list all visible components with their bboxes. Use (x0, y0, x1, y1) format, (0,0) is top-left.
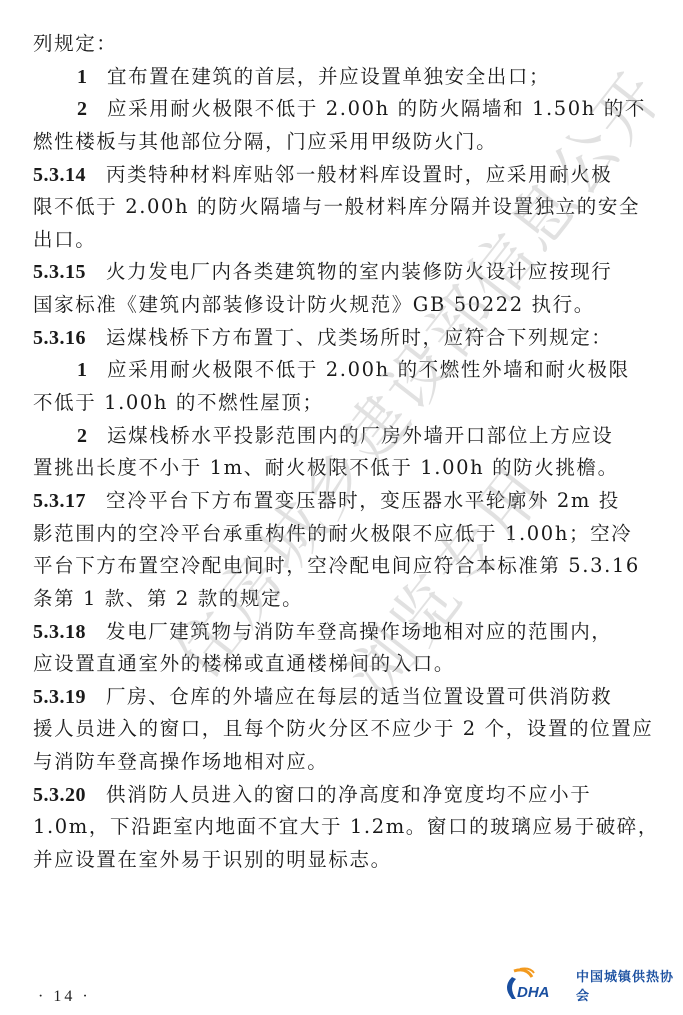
list-item: 2运煤栈桥水平投影范围内的厂房外墙开口部位上方应设 (33, 420, 653, 453)
line-text: 并应设置在室外易于识别的明显标志。 (33, 848, 392, 871)
clause-line: 5.3.15火力发电厂内各类建筑物的室内装修防火设计应按现行 (33, 256, 653, 289)
list-item: 1宜布置在建筑的首层，并应设置单独安全出口； (33, 61, 653, 94)
text-line: 应设置直通室外的楼梯或直通楼梯间的入口。 (33, 648, 653, 681)
clause-number: 5.3.14 (33, 164, 86, 186)
text-line: 限不低于 2.00h 的防火隔墙与一般材料库分隔并设置独立的安全 (33, 191, 653, 224)
document-body: 列规定： 1宜布置在建筑的首层，并应设置单独安全出口； 2应采用耐火极限不低于 … (33, 28, 653, 877)
cdha-logo-icon: DHA (500, 967, 570, 1003)
text-line: 条第 1 款、第 2 款的规定。 (33, 583, 653, 616)
line-text: 供消防人员进入的窗口的净高度和净宽度均不应小于 (106, 783, 591, 806)
text-line: 燃性楼板与其他部位分隔，门应采用甲级防火门。 (33, 126, 653, 159)
list-item: 1应采用耐火极限不低于 2.00h 的不燃性外墙和耐火极限 (33, 354, 653, 387)
line-text: 列规定： (33, 32, 117, 55)
item-number: 1 (77, 359, 87, 381)
line-text: 限不低于 2.00h 的防火隔墙与一般材料库分隔并设置独立的安全 (33, 195, 640, 218)
line-text: 国家标准《建筑内部装修设计防火规范》GB 50222 执行。 (33, 293, 595, 316)
line-text: 平台下方布置空冷配电间时，空冷配电间应符合本标准第 5.3.16 (33, 554, 640, 577)
item-number: 2 (77, 425, 87, 447)
item-number: 1 (77, 66, 87, 88)
text-line: 影范围内的空冷平台承重构件的耐火极限不应低于 1.00h；空冷 (33, 518, 653, 551)
line-text: 运煤栈桥水平投影范围内的厂房外墙开口部位上方应设 (107, 424, 613, 447)
text-line: 国家标准《建筑内部装修设计防火规范》GB 50222 执行。 (33, 289, 653, 322)
line-text: 应采用耐火极限不低于 2.00h 的防火隔墙和 1.50h 的不 (107, 97, 646, 120)
clause-line: 5.3.20供消防人员进入的窗口的净高度和净宽度均不应小于 (33, 779, 653, 812)
line-text: 影范围内的空冷平台承重构件的耐火极限不应低于 1.00h；空冷 (33, 522, 632, 545)
clause-line: 5.3.17空冷平台下方布置变压器时，变压器水平轮廓外 2m 投 (33, 485, 653, 518)
line-text: 应设置直通室外的楼梯或直通楼梯间的入口。 (33, 652, 455, 675)
text-line: 与消防车登高操作场地相对应。 (33, 746, 653, 779)
clause-line: 5.3.18发电厂建筑物与消防车登高操作场地相对应的范围内， (33, 616, 653, 649)
line-text: 置挑出长度不小于 1m、耐火极限不低于 1.00h 的防火挑檐。 (33, 456, 619, 479)
cdha-logo: DHA 中国城镇供热协会 (500, 966, 683, 1004)
text-line: 置挑出长度不小于 1m、耐火极限不低于 1.00h 的防火挑檐。 (33, 452, 653, 485)
text-line: 不低于 1.00h 的不燃性屋顶； (33, 387, 653, 420)
clause-number: 5.3.15 (33, 261, 86, 283)
clause-number: 5.3.20 (33, 784, 86, 806)
line-text: 1.0m，下沿距室内地面不宜大于 1.2m。窗口的玻璃应易于破碎， (33, 815, 659, 838)
clause-line: 5.3.16运煤栈桥下方布置丁、戊类场所时，应符合下列规定： (33, 322, 653, 355)
line-text: 与消防车登高操作场地相对应。 (33, 750, 328, 773)
line-text: 宜布置在建筑的首层，并应设置单独安全出口； (107, 65, 550, 88)
page-number: · 14 · (38, 988, 91, 1006)
clause-number: 5.3.16 (33, 327, 86, 349)
line-text: 不低于 1.00h 的不燃性屋顶； (33, 391, 324, 414)
text-line: 1.0m，下沿距室内地面不宜大于 1.2m。窗口的玻璃应易于破碎， (33, 811, 653, 844)
list-item: 2应采用耐火极限不低于 2.00h 的防火隔墙和 1.50h 的不 (33, 93, 653, 126)
line-text: 发电厂建筑物与消防车登高操作场地相对应的范围内， (106, 620, 612, 643)
line-text: 空冷平台下方布置变压器时，变压器水平轮廓外 2m 投 (106, 489, 620, 512)
item-number: 2 (77, 98, 87, 120)
text-line: 出口。 (33, 224, 653, 257)
line-text: 运煤栈桥下方布置丁、戊类场所时，应符合下列规定： (106, 326, 612, 349)
clause-number: 5.3.18 (33, 621, 86, 643)
logo-text: 中国城镇供热协会 (576, 966, 683, 1004)
text-line: 并应设置在室外易于识别的明显标志。 (33, 844, 653, 877)
text-line: 列规定： (33, 28, 653, 61)
text-line: 平台下方布置空冷配电间时，空冷配电间应符合本标准第 5.3.16 (33, 550, 653, 583)
line-text: 条第 1 款、第 2 款的规定。 (33, 587, 303, 610)
line-text: 丙类特种材料库贴邻一般材料库设置时，应采用耐火极 (106, 163, 612, 186)
line-text: 火力发电厂内各类建筑物的室内装修防火设计应按现行 (106, 260, 612, 283)
line-text: 出口。 (33, 228, 96, 251)
line-text: 燃性楼板与其他部位分隔，门应采用甲级防火门。 (33, 130, 497, 153)
clause-line: 5.3.19厂房、仓库的外墙应在每层的适当位置设置可供消防救 (33, 681, 653, 714)
line-text: 应采用耐火极限不低于 2.00h 的不燃性外墙和耐火极限 (107, 358, 630, 381)
clause-number: 5.3.19 (33, 686, 86, 708)
clause-line: 5.3.14丙类特种材料库贴邻一般材料库设置时，应采用耐火极 (33, 159, 653, 192)
text-line: 援人员进入的窗口，且每个防火分区不应少于 2 个，设置的位置应 (33, 713, 653, 746)
svg-text:DHA: DHA (517, 984, 550, 1001)
line-text: 援人员进入的窗口，且每个防火分区不应少于 2 个，设置的位置应 (33, 717, 653, 740)
clause-number: 5.3.17 (33, 490, 86, 512)
line-text: 厂房、仓库的外墙应在每层的适当位置设置可供消防救 (106, 685, 612, 708)
